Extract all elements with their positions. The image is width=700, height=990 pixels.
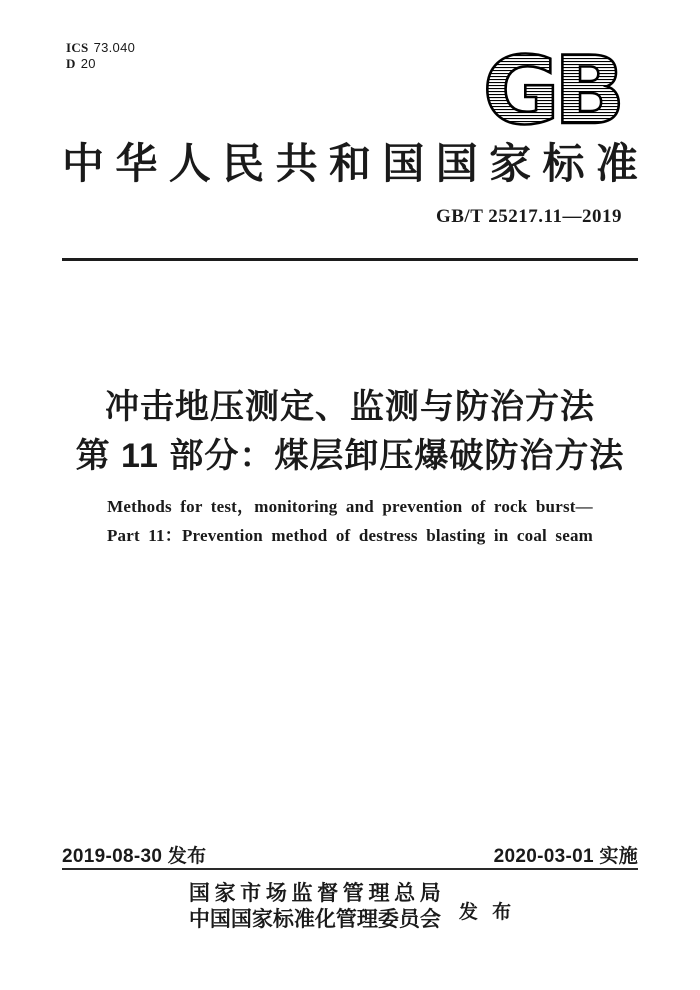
footer-rule — [62, 868, 638, 870]
standard-cover-page: ICS73.040 D20 GB 中华人民共和国国家标准 GB/T 25217.… — [0, 0, 700, 990]
publish-label: 发 布 — [459, 897, 511, 924]
class-label: D — [66, 56, 76, 71]
issue-date: 2019-08-30 发布 — [62, 841, 206, 868]
chinese-title: 冲击地压测定、监测与防治方法 第 11 部分：煤层卸压爆破防治方法 — [0, 383, 700, 481]
chinese-title-line-2: 第 11 部分：煤层卸压爆破防治方法 — [0, 432, 700, 481]
header-rule — [62, 258, 638, 261]
classification-block: ICS73.040 D20 — [66, 40, 135, 72]
publisher-row: 国家市场监督管理总局 中国国家标准化管理委员会 发 布 — [0, 880, 700, 932]
implement-date: 2020-03-01 实施 — [494, 841, 638, 868]
publisher-name-2: 中国国家标准化管理委员会 — [189, 906, 441, 932]
english-title-line-1: Methods for test，monitoring and preventi… — [0, 492, 700, 521]
class-value: 20 — [81, 56, 96, 71]
gb-logo: GB — [458, 46, 644, 128]
standard-number: GB/T 25217.11—2019 — [436, 206, 622, 228]
publisher-name-1: 国家市场监督管理总局 — [189, 880, 441, 906]
ics-value: 73.040 — [94, 40, 136, 55]
document-class-code: D20 — [66, 56, 135, 72]
national-standard-banner: 中华人民共和国国家标准 — [62, 142, 638, 188]
english-title: Methods for test，monitoring and preventi… — [0, 492, 700, 550]
ics-code: ICS73.040 — [66, 40, 135, 56]
publisher-block: 国家市场监督管理总局 中国国家标准化管理委员会 — [189, 880, 441, 932]
chinese-title-line-1: 冲击地压测定、监测与防治方法 — [0, 383, 700, 432]
ics-label: ICS — [66, 40, 89, 55]
date-row: 2019-08-30 发布 2020-03-01 实施 — [62, 841, 638, 868]
gb-logo-text: GB — [483, 46, 620, 128]
english-title-line-2: Part 11：Prevention method of destress bl… — [0, 521, 700, 550]
